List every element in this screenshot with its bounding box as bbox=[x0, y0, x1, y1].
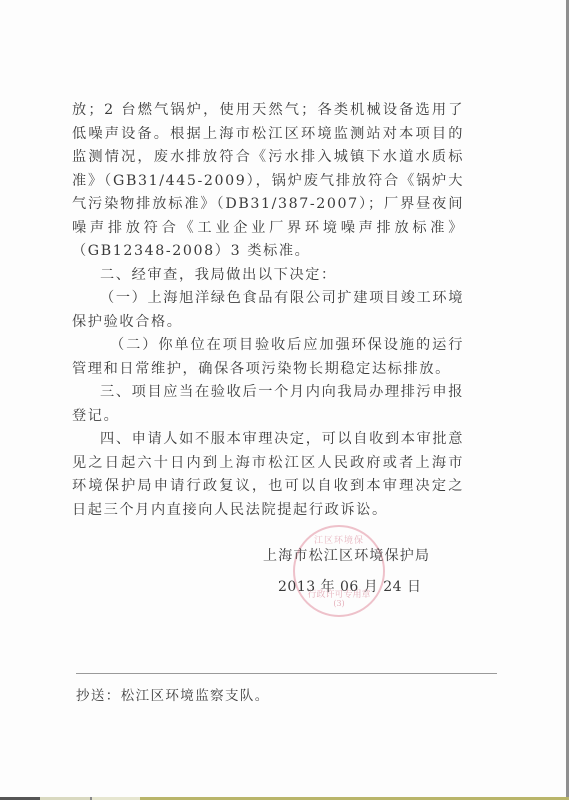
stamp-number: (3) bbox=[295, 599, 383, 608]
paragraph-item-4: 四、申请人如不服本审理决定，可以自收到本审批意见之日起六十日内到上海市松江区人民… bbox=[72, 428, 464, 522]
document-body: 放；2 台燃气锅炉，使用天然气；各类机械设备选用了低噪声设备。根据上海市松江区环… bbox=[72, 99, 464, 522]
paragraph-decision-heading: 二、经审查，我局做出以下决定： bbox=[72, 264, 464, 288]
paragraph-decision-1: （一）上海旭洋绿色食品有限公司扩建项目竣工环境保护验收合格。 bbox=[72, 287, 464, 334]
issue-date: 2013 年 06 月 24 日 bbox=[278, 576, 422, 596]
issuing-authority: 上海市松江区环境保护局 bbox=[263, 545, 430, 565]
official-seal-stamp: 江区环境保 行政许可专用章 (3) bbox=[293, 525, 385, 617]
paragraph-item-3: 三、项目应当在验收后一个月内向我局办理排污申报登记。 bbox=[72, 381, 464, 428]
footer-divider bbox=[76, 673, 497, 674]
cc-line: 抄送：松江区环境监察支队。 bbox=[76, 684, 270, 704]
paragraph-monitoring: 放；2 台燃气锅炉，使用天然气；各类机械设备选用了低噪声设备。根据上海市松江区环… bbox=[72, 99, 464, 264]
document-page: 放；2 台燃气锅炉，使用天然气；各类机械设备选用了低噪声设备。根据上海市松江区环… bbox=[0, 0, 566, 797]
paragraph-decision-2: （二）你单位在项目验收后应加强环保设施的运行管理和日常维护，确保各项污染物长期稳… bbox=[72, 334, 464, 381]
